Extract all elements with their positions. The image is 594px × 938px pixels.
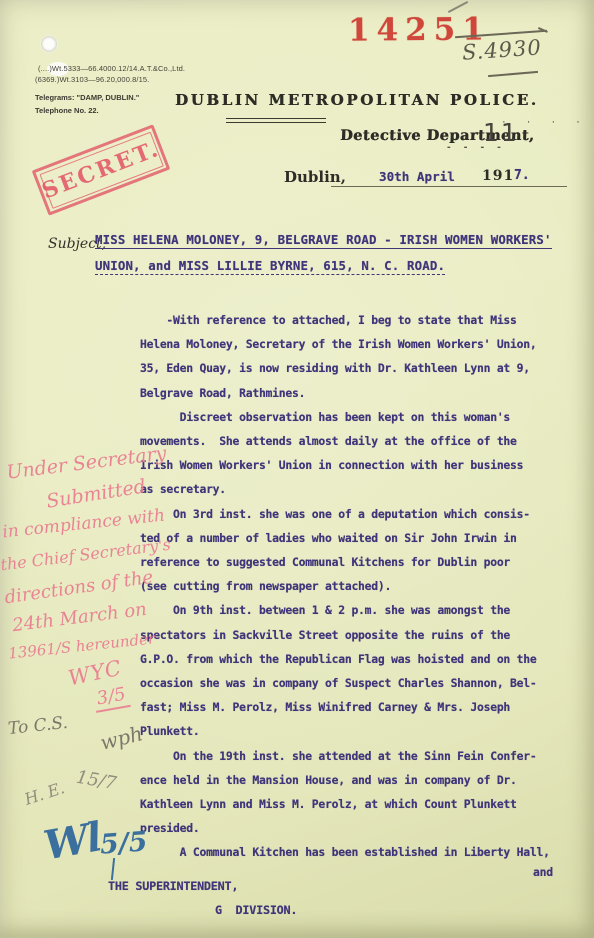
body-line: Kathleen Lynn and Miss M. Perolz, at whi… [140, 792, 580, 816]
body-line: occasion she was in company of Suspect C… [140, 671, 580, 695]
dateline-year-typed: 7. [514, 168, 530, 183]
body-line: On the 19th inst. she attended at the Si… [140, 744, 580, 768]
margin-note-line2: Submitted [45, 475, 147, 512]
document-page: 14251 S.4930 (....)Wt.5333—66.4000.12/14… [0, 0, 594, 938]
pencil-note-he: H. E. [22, 778, 67, 809]
pencil-date: 15/7 [74, 767, 117, 795]
dateline-rule [331, 185, 567, 187]
secret-stamp-inner-border [39, 131, 163, 208]
body-carryover: and [533, 860, 553, 884]
body-line: Helena Moloney, Secretary of the Irish W… [140, 332, 580, 356]
body-line: 35, Eden Quay, is now residing with Dr. … [140, 356, 580, 380]
print-code-line2: (6369.)Wt.3103—96.20,000.8/15. [35, 75, 149, 85]
margin-fraction: 3/5 [92, 683, 131, 713]
body-line: presided. [140, 816, 580, 840]
body-line: ted of a number of ladies who waited on … [140, 526, 580, 550]
force-name: DUBLIN METROPOLITAN POLICE. [175, 91, 539, 109]
body-line: spectators in Sackville Street opposite … [140, 623, 580, 647]
body-line: A Communal Kitchen has been established … [140, 840, 580, 864]
telephone-line: Telephone No. 22. [35, 105, 99, 117]
footer-division: G DIVISION. [215, 898, 297, 922]
blue-date: 5/5 [99, 826, 148, 860]
body-line: fast; Miss M. Perolz, Miss Winifred Carn… [140, 695, 580, 719]
blue-signature-initials: Wl [40, 813, 103, 869]
double-rule [226, 118, 326, 123]
subject-line1: MISS HELENA MOLONEY, 9, BELGRAVE ROAD - … [95, 232, 552, 249]
print-code-line1: (....)Wt.5333—66.4000.12/14.A.T.&Co.,Ltd… [38, 64, 185, 74]
body-line: ence held in the Mansion House, and was … [140, 768, 580, 792]
pencil-reference: S.4930 [461, 35, 542, 65]
body-line: movements. She attends almost daily at t… [140, 429, 580, 453]
body-line: (see cutting from newspaper attached). [140, 574, 580, 598]
pencil-underline [488, 71, 538, 77]
body-line: reference to suggested Communal Kitchens… [140, 550, 580, 574]
subject-line2: UNION, and MISS LILLIE BYRNE, 615, N. C.… [95, 258, 445, 275]
body-line: G.P.O. from which the Republican Flag wa… [140, 647, 580, 671]
punch-hole [41, 36, 57, 52]
body-line: as secretary. [140, 477, 580, 501]
telegrams-line: Telegrams: "DAMP, DUBLIN." [35, 92, 139, 104]
footer-superintendent: THE SUPERINTENDENT, [108, 874, 238, 898]
body-line: On 9th inst. between 1 & 2 p.m. she was … [140, 598, 580, 622]
secret-stamp: SECRET. [36, 146, 166, 194]
margin-note-line7: 13961/S hereunder [7, 629, 155, 662]
report-body: -With reference to attached, I beg to st… [140, 308, 580, 865]
body-line: -With reference to attached, I beg to st… [140, 308, 580, 332]
body-line: Belgrave Road, Rathmines. [140, 381, 580, 405]
department-dashes: - - - - [447, 141, 506, 153]
body-line: Discreet observation has been kept on th… [140, 405, 580, 429]
body-line: Plunkett. [140, 719, 580, 743]
pencil-note-to-cs: To C.S. [7, 713, 69, 739]
body-line: On 3rd inst. she was one of a deputation… [140, 502, 580, 526]
body-line: Irish Women Workers' Union in connection… [140, 453, 580, 477]
pencil-initials: wph [98, 721, 145, 755]
dateline-date-typed: 30th April [379, 169, 455, 184]
dateline-year-printed: 191 [482, 168, 514, 184]
dateline-city: Dublin, [284, 168, 346, 186]
